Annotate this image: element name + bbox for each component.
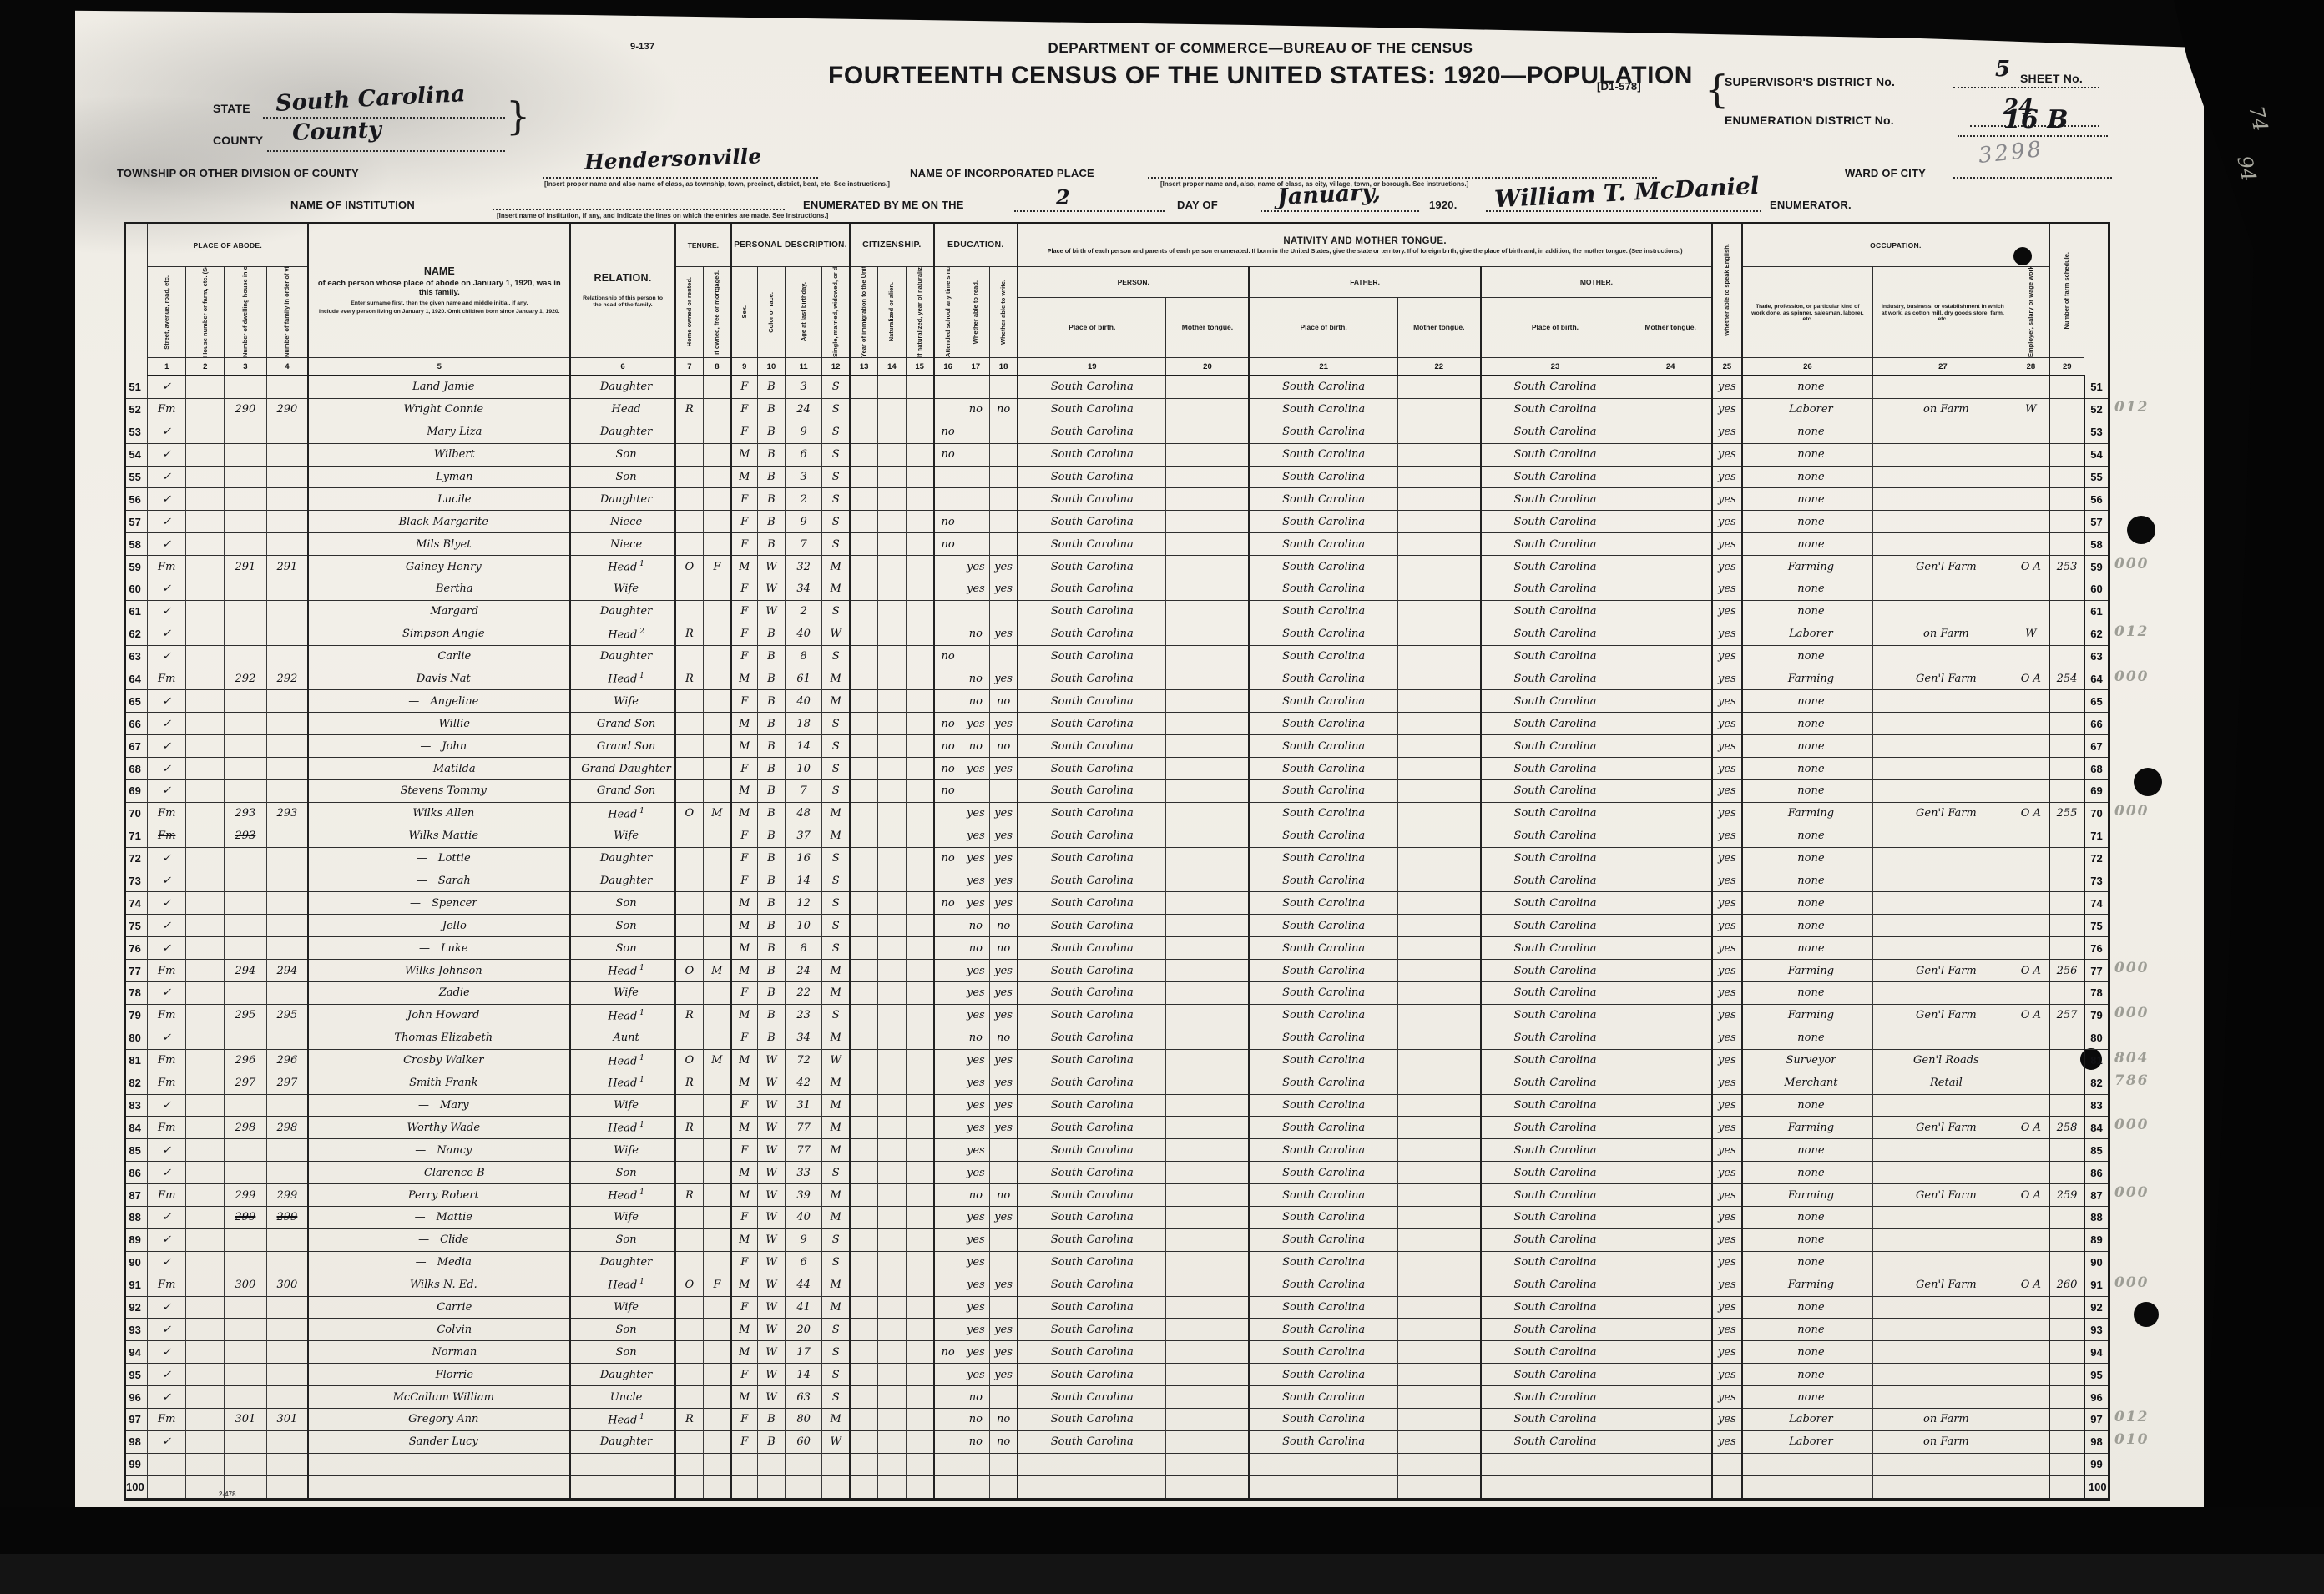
cell-mpob: South Carolina [1481, 623, 1629, 645]
cell-rd: yes [962, 1139, 989, 1162]
cell-mt [1166, 982, 1249, 1005]
cell-mmt [1629, 1049, 1712, 1072]
cell-emp [2013, 443, 2049, 466]
cell-c15 [906, 713, 933, 735]
cell-name: Black Margarite [308, 511, 570, 533]
cell-mmt [1629, 1274, 1712, 1296]
cell-race: W [757, 1274, 785, 1296]
cell-rel: Wife [570, 1296, 675, 1319]
cell-farm [2049, 1453, 2084, 1475]
cell-c1: Fm [148, 556, 186, 578]
cell-wr: yes [990, 623, 1018, 645]
cell-fpob: South Carolina [1249, 511, 1397, 533]
cell-mpob: South Carolina [1481, 1319, 1629, 1341]
cell-c8 [703, 1027, 730, 1049]
cell-sch [934, 1475, 962, 1499]
cell-mmt [1629, 960, 1712, 982]
cell-c1: ✓ [148, 600, 186, 623]
cell-c4: 293 [266, 802, 308, 825]
cell-mt [1166, 1072, 1249, 1094]
cell-c1: ✓ [148, 1341, 186, 1364]
cell-c14 [878, 1364, 906, 1386]
cell-mt [1166, 1027, 1249, 1049]
cell-rd: yes [962, 1004, 989, 1027]
cell-c3: 298 [225, 1117, 266, 1139]
cell-ind [1873, 1386, 2013, 1409]
cell-age: 41 [786, 1296, 822, 1319]
col-industry-header: Industry, business, or establishment in … [1873, 267, 2013, 358]
relation-tally-mark: 1 [637, 1121, 644, 1129]
cell-fpob: South Carolina [1249, 421, 1397, 443]
cell-mmt [1629, 1072, 1712, 1094]
cell-rel: Grand Son [570, 780, 675, 803]
cell-occ: none [1742, 443, 1873, 466]
cell-sex: M [731, 892, 757, 915]
cell-ind: Gen'l Farm [1873, 668, 2013, 690]
cell-sch [934, 1049, 962, 1072]
cell-age: 39 [786, 1184, 822, 1207]
line-number-left: 92 [125, 1296, 148, 1319]
cell-c8 [703, 982, 730, 1005]
line-number-left: 70 [125, 802, 148, 825]
cell-emp [2013, 982, 2049, 1005]
cell-farm [2049, 1296, 2084, 1319]
cell-race: W [757, 1184, 785, 1207]
cell-mar: M [822, 1274, 851, 1296]
cell-c15 [906, 1228, 933, 1251]
cell-race [757, 1475, 785, 1499]
cell-wr [990, 645, 1018, 668]
col-trade-header: Trade, profession, or particular kind of… [1742, 267, 1873, 358]
cell-wr [990, 1139, 1018, 1162]
cell-fpob: South Carolina [1249, 1364, 1397, 1386]
cell-c2 [186, 713, 225, 735]
cell-c13 [850, 1184, 877, 1207]
cell-fpob: South Carolina [1249, 1386, 1397, 1409]
cell-mmt [1629, 443, 1712, 466]
cell-rel: Wife [570, 1206, 675, 1228]
cell-ind: Gen'l Farm [1873, 1004, 2013, 1027]
cell-mt [1166, 1408, 1249, 1430]
cell-mmt [1629, 398, 1712, 421]
cell-eng: yes [1712, 1139, 1742, 1162]
cell-name: Davis Nat [308, 668, 570, 690]
nativity-person-header: PERSON. [1018, 267, 1249, 298]
line-number-right: 96 [2084, 1386, 2109, 1409]
cell-sch [934, 623, 962, 645]
cell-c15 [906, 645, 933, 668]
cell-c3 [225, 847, 266, 870]
cell-fpob: South Carolina [1249, 1296, 1397, 1319]
cell-age: 34 [786, 1027, 822, 1049]
cell-mpob: South Carolina [1481, 1430, 1629, 1453]
cell-wr: yes [990, 1004, 1018, 1027]
cell-c7 [675, 1430, 703, 1453]
cell-mpob: South Carolina [1481, 1206, 1629, 1228]
cell-occ: Laborer [1742, 623, 1873, 645]
census-scan-page: { "form": { "form_no": "9-137", "plate":… [0, 0, 2324, 1594]
line-number-left: 97 [125, 1408, 148, 1430]
cell-fmt [1397, 466, 1480, 488]
cell-wr: no [990, 1430, 1018, 1453]
cell-c8 [703, 1139, 730, 1162]
column-number: 27 [1873, 358, 2013, 376]
cell-wr [990, 511, 1018, 533]
cell-c14 [878, 982, 906, 1005]
line-number-right: 93 [2084, 1319, 2109, 1341]
cell-mpob: South Carolina [1481, 466, 1629, 488]
cell-emp [2013, 1430, 2049, 1453]
cell-c8 [703, 623, 730, 645]
cell-farm: 256 [2049, 960, 2084, 982]
cell-pob: South Carolina [1018, 376, 1166, 398]
cell-mmt [1629, 600, 1712, 623]
street-label: Street, avenue, road, etc. [164, 275, 170, 350]
cell-c3 [225, 1139, 266, 1162]
cell-eng: yes [1712, 1027, 1742, 1049]
cell-ind [1873, 645, 2013, 668]
col-naturalized-header: Naturalized or alien. [878, 267, 906, 358]
cell-race: W [757, 1251, 785, 1274]
line-number-left: 56 [125, 488, 148, 511]
cell-name: — Nancy [308, 1139, 570, 1162]
cell-c2 [186, 398, 225, 421]
cell-c3: 299 [225, 1206, 266, 1228]
cell-mt [1166, 1004, 1249, 1027]
cell-rel: Uncle [570, 1386, 675, 1409]
cell-farm [2049, 690, 2084, 713]
cell-c13 [850, 1072, 877, 1094]
cell-c13 [850, 1117, 877, 1139]
cell-c15 [906, 847, 933, 870]
cell-sch [934, 1430, 962, 1453]
table-row: 93✓ ColvinSonMW20SyesyesSouth CarolinaSo… [125, 1319, 2109, 1341]
cell-c7: O [675, 1049, 703, 1072]
cell-rel: Daughter [570, 870, 675, 892]
hole-punch [2134, 768, 2162, 796]
cell-c15 [906, 1206, 933, 1228]
cell-c8 [703, 1475, 730, 1499]
cell-mt [1166, 376, 1249, 398]
cell-c13 [850, 1475, 877, 1499]
cell-occ: none [1742, 578, 1873, 601]
cell-c3: 290 [225, 398, 266, 421]
cell-emp: O A [2013, 668, 2049, 690]
cell-farm: 254 [2049, 668, 2084, 690]
cell-c1: ✓ [148, 1364, 186, 1386]
cell-fpob: South Carolina [1249, 376, 1397, 398]
cell-rd: yes [962, 578, 989, 601]
enumeration-district-label: ENUMERATION DISTRICT No. [1725, 113, 1894, 127]
cell-c8 [703, 915, 730, 937]
cell-c14 [878, 1408, 906, 1430]
cell-fpob: South Carolina [1249, 735, 1397, 758]
cell-c8 [703, 1206, 730, 1228]
cell-farm [2049, 488, 2084, 511]
cell-farm [2049, 1251, 2084, 1274]
line-number-right: 62012 [2084, 623, 2109, 645]
cell-c7 [675, 600, 703, 623]
cell-mpob: South Carolina [1481, 398, 1629, 421]
cell-ind [1873, 1094, 2013, 1117]
cell-rd: no [962, 1430, 989, 1453]
cell-c1: ✓ [148, 735, 186, 758]
cell-eng: yes [1712, 1341, 1742, 1364]
line-number-right: 89 [2084, 1228, 2109, 1251]
cell-ind: Gen'l Farm [1873, 1274, 2013, 1296]
line-number-right: 99 [2084, 1453, 2109, 1475]
cell-c13 [850, 488, 877, 511]
cell-occ: none [1742, 1139, 1873, 1162]
cell-mar: S [822, 1162, 851, 1184]
line-number-left: 67 [125, 735, 148, 758]
cell-c3 [225, 1453, 266, 1475]
cell-eng: yes [1712, 870, 1742, 892]
cell-c14 [878, 1453, 906, 1475]
cell-rd [962, 443, 989, 466]
relation-tally-mark: 1 [637, 1076, 644, 1084]
cell-eng: yes [1712, 1162, 1742, 1184]
cell-farm: 257 [2049, 1004, 2084, 1027]
cell-mt [1166, 1296, 1249, 1319]
cell-c13 [850, 735, 877, 758]
cell-sch [934, 960, 962, 982]
cell-c7 [675, 892, 703, 915]
cell-c8 [703, 713, 730, 735]
cell-sex: F [731, 376, 757, 398]
cell-c4 [266, 600, 308, 623]
cell-emp: O A [2013, 1004, 2049, 1027]
cell-mpob: South Carolina [1481, 511, 1629, 533]
cell-c7: R [675, 623, 703, 645]
cell-c13 [850, 578, 877, 601]
cell-c4 [266, 1364, 308, 1386]
cell-emp: O A [2013, 556, 2049, 578]
cell-age: 6 [786, 1251, 822, 1274]
cell-c8 [703, 780, 730, 803]
cell-sch [934, 1386, 962, 1409]
cell-farm [2049, 376, 2084, 398]
cell-rd: yes [962, 825, 989, 847]
cell-race: B [757, 421, 785, 443]
cell-c4 [266, 466, 308, 488]
cell-mar: S [822, 1386, 851, 1409]
cell-fpob: South Carolina [1249, 1117, 1397, 1139]
cell-sch [934, 1296, 962, 1319]
cell-farm [2049, 758, 2084, 780]
cell-occ: none [1742, 1027, 1873, 1049]
cell-c2 [186, 645, 225, 668]
cell-mpob: South Carolina [1481, 1364, 1629, 1386]
cell-farm [2049, 915, 2084, 937]
cell-sch [934, 1251, 962, 1274]
cell-age: 7 [786, 533, 822, 556]
cell-c13 [850, 1386, 877, 1409]
cell-mmt [1629, 1184, 1712, 1207]
cell-emp [2013, 1386, 2049, 1409]
cell-c13 [850, 892, 877, 915]
cell-fmt [1397, 1072, 1480, 1094]
cell-mmt [1629, 1408, 1712, 1430]
cell-mt [1166, 1049, 1249, 1072]
cell-emp [2013, 533, 2049, 556]
cell-pob: South Carolina [1018, 1274, 1166, 1296]
person-mt-header: Mother tongue. [1166, 298, 1249, 358]
cell-c14 [878, 1386, 906, 1409]
cell-c1: Fm [148, 1049, 186, 1072]
cell-occ: none [1742, 533, 1873, 556]
cell-rel: Head 1 [570, 1004, 675, 1027]
column-number: 6 [570, 358, 675, 376]
cell-sex: M [731, 1319, 757, 1341]
cell-c2 [186, 466, 225, 488]
cell-rd [962, 421, 989, 443]
cell-name: Wilks Johnson [308, 960, 570, 982]
line-number-left: 77 [125, 960, 148, 982]
cell-c3 [225, 690, 266, 713]
line-number-left: 100 [125, 1475, 148, 1499]
cell-rel: Son [570, 1341, 675, 1364]
cell-mt [1166, 892, 1249, 915]
cell-sch [934, 982, 962, 1005]
cell-pob: South Carolina [1018, 1072, 1166, 1094]
column-number: 10 [757, 358, 785, 376]
cell-race: B [757, 645, 785, 668]
cell-wr [990, 1296, 1018, 1319]
cell-age: 77 [786, 1117, 822, 1139]
cell-rel: Head 1 [570, 1049, 675, 1072]
cell-wr: yes [990, 1206, 1018, 1228]
line-number-right: 52012 [2084, 398, 2109, 421]
cell-pob: South Carolina [1018, 578, 1166, 601]
cell-c1: ✓ [148, 1139, 186, 1162]
cell-fmt [1397, 1206, 1480, 1228]
cell-pob: South Carolina [1018, 1430, 1166, 1453]
cell-c2 [186, 1296, 225, 1319]
cell-mpob: South Carolina [1481, 443, 1629, 466]
cell-c1: ✓ [148, 1027, 186, 1049]
cell-c15 [906, 376, 933, 398]
cell-ind [1873, 578, 2013, 601]
cell-rel: Daughter [570, 421, 675, 443]
cell-c8 [703, 466, 730, 488]
cell-c4 [266, 847, 308, 870]
cell-mmt [1629, 802, 1712, 825]
cell-c8 [703, 1184, 730, 1207]
cell-c13 [850, 915, 877, 937]
cell-c4 [266, 578, 308, 601]
cell-eng: yes [1712, 1319, 1742, 1341]
line-number-right: 83 [2084, 1094, 2109, 1117]
cell-rel: Head 1 [570, 1184, 675, 1207]
cell-eng: yes [1712, 735, 1742, 758]
cell-fmt [1397, 1341, 1480, 1364]
column-number: 19 [1018, 358, 1166, 376]
cell-name: — Clarence B [308, 1162, 570, 1184]
cell-c8 [703, 533, 730, 556]
cell-emp [2013, 1364, 2049, 1386]
cell-ind [1873, 511, 2013, 533]
cell-mt [1166, 735, 1249, 758]
cell-race: W [757, 1228, 785, 1251]
cell-rel: Head 2 [570, 623, 675, 645]
cell-c2 [186, 1228, 225, 1251]
cell-sex: M [731, 735, 757, 758]
cell-rd [962, 533, 989, 556]
cell-sch [934, 1004, 962, 1027]
cell-c13 [850, 376, 877, 398]
cell-c7: O [675, 1274, 703, 1296]
cell-eng: yes [1712, 578, 1742, 601]
cell-wr: yes [990, 960, 1018, 982]
column-number: 15 [906, 358, 933, 376]
cell-pob: South Carolina [1018, 1117, 1166, 1139]
cell-sex: M [731, 1184, 757, 1207]
cell-wr [990, 443, 1018, 466]
cell-mar: M [822, 1184, 851, 1207]
cell-c15 [906, 511, 933, 533]
cell-name: Crosby Walker [308, 1049, 570, 1072]
cell-race: B [757, 398, 785, 421]
cell-c15 [906, 758, 933, 780]
cell-c8 [703, 1341, 730, 1364]
cell-mar: S [822, 735, 851, 758]
cell-c15 [906, 1139, 933, 1162]
table-row: 56✓ LucileDaughterFB2SSouth CarolinaSout… [125, 488, 2109, 511]
cell-sex: M [731, 668, 757, 690]
cell-c2 [186, 847, 225, 870]
pencil-margin-note: 000 [2114, 960, 2150, 976]
cell-fmt [1397, 847, 1480, 870]
cell-c2 [186, 1341, 225, 1364]
cell-emp [2013, 1094, 2049, 1117]
cell-pob: South Carolina [1018, 421, 1166, 443]
cell-c3 [225, 735, 266, 758]
cell-rel: Head 1 [570, 668, 675, 690]
cell-c1: Fm [148, 825, 186, 847]
cell-mpob: South Carolina [1481, 1386, 1629, 1409]
cell-c15 [906, 1341, 933, 1364]
table-row: 51✓Land JamieDaughterFB3SSouth CarolinaS… [125, 376, 2109, 398]
cell-race: B [757, 960, 785, 982]
table-row: 71Fm293Wilks MattieWifeFB37MyesyesSouth … [125, 825, 2109, 847]
cell-c2 [186, 1251, 225, 1274]
cell-pob: South Carolina [1018, 1408, 1166, 1430]
cell-c1: Fm [148, 1274, 186, 1296]
cell-fmt [1397, 690, 1480, 713]
cell-c15 [906, 1072, 933, 1094]
cell-c3: 294 [225, 960, 266, 982]
cell-fpob: South Carolina [1249, 847, 1397, 870]
cell-c4 [266, 1386, 308, 1409]
cell-c14 [878, 802, 906, 825]
cell-c1: ✓ [148, 1162, 186, 1184]
cell-sex: F [731, 758, 757, 780]
cell-emp [2013, 892, 2049, 915]
cell-farm [2049, 713, 2084, 735]
cell-age: 18 [786, 713, 822, 735]
col-age-header: Age at last birthday. [786, 267, 822, 358]
cell-c7 [675, 713, 703, 735]
cell-fmt [1397, 1408, 1480, 1430]
line-number-left: 79 [125, 1004, 148, 1027]
line-number-left: 96 [125, 1386, 148, 1409]
cell-mar: S [822, 758, 851, 780]
cell-name: Worthy Wade [308, 1117, 570, 1139]
cell-mpob: South Carolina [1481, 847, 1629, 870]
cell-race: B [757, 892, 785, 915]
line-number-left: 83 [125, 1094, 148, 1117]
